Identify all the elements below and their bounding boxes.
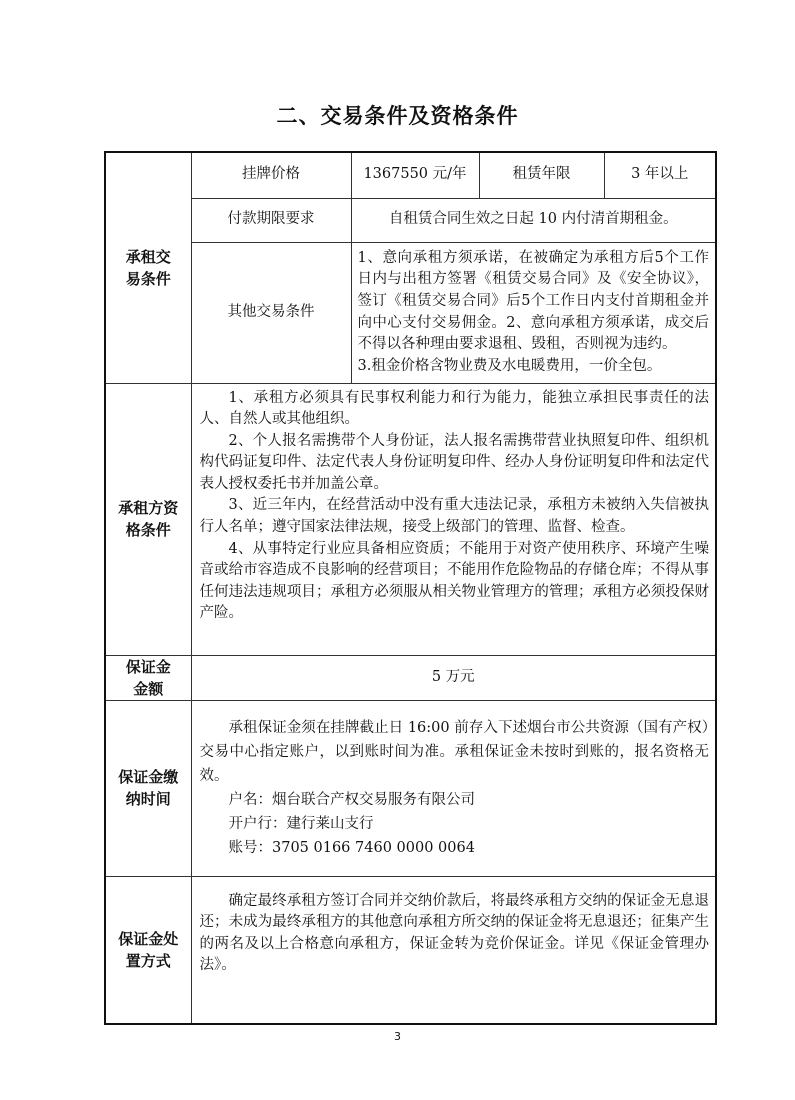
qualification-paragraph: 4、从事特定行业应具备相应资质；不能用于对资产使用秩序、环境产生噪音或给市容造成… <box>200 539 710 625</box>
deposit-amount-label: 保证金金额 <box>105 655 191 700</box>
trade-conditions-label: 承租交易条件 <box>105 152 191 383</box>
qualification-label: 承租方资格条件 <box>105 383 191 655</box>
bank-name: 开户行：建行莱山支行 <box>200 812 710 836</box>
account-number: 账号：3705 0166 7460 0000 0064 <box>200 836 710 860</box>
listing-price-value: 1367550 元/年 <box>351 152 479 198</box>
account-name: 户名：烟台联合产权交易服务有限公司 <box>200 788 710 812</box>
lease-term-label: 租赁年限 <box>479 152 604 198</box>
lease-term-value: 3 年以上 <box>604 152 716 198</box>
qualification-paragraph: 3、近三年内，在经营活动中没有重大违法记录，承租方未被纳入失信被执行人名单；遵守… <box>200 495 710 538</box>
deposit-amount-value: 5 万元 <box>191 655 716 700</box>
payment-deadline-value: 自租赁合同生效之日起 10 内付清首期租金。 <box>351 198 716 242</box>
conditions-table: 承租交易条件 挂牌价格 1367550 元/年 租赁年限 3 年以上 付款期限要… <box>104 151 717 1025</box>
deposit-time-label: 保证金缴纳时间 <box>105 700 191 876</box>
deposit-disposal-paragraph: 确定最终承租方签订合同并交纳价款后，将最终承租方交纳的保证金无息退还；未成为最终… <box>200 891 710 977</box>
page-number: 3 <box>0 1030 795 1043</box>
deposit-disposal-label: 保证金处置方式 <box>105 876 191 1024</box>
payment-deadline-label: 付款期限要求 <box>191 198 351 242</box>
section-title: 二、交易条件及资格条件 <box>0 100 795 130</box>
deposit-time-paragraph: 承租保证金须在挂牌截止日 16:00 前存入下述烟台市公共资源（国有产权）交易中… <box>200 716 710 788</box>
other-conditions-value: 1、意向承租方须承诺，在被确定为承租方后5个工作日内与出租方签署《租赁交易合同》… <box>351 242 716 383</box>
other-condition-line: 1、意向承租方须承诺，在被确定为承租方后5个工作日内与出租方签署《租赁交易合同》… <box>358 248 710 356</box>
deposit-disposal-content: 确定最终承租方签订合同并交纳价款后，将最终承租方交纳的保证金无息退还；未成为最终… <box>191 876 716 1024</box>
qualification-paragraph: 2、个人报名需携带个人身份证，法人报名需携带营业执照复印件、组织机构代码证复印件… <box>200 431 710 496</box>
other-conditions-label: 其他交易条件 <box>191 242 351 383</box>
listing-price-label: 挂牌价格 <box>191 152 351 198</box>
deposit-time-content: 承租保证金须在挂牌截止日 16:00 前存入下述烟台市公共资源（国有产权）交易中… <box>191 700 716 876</box>
qualification-content: 1、承租方必须具有民事权利能力和行为能力，能独立承担民事责任的法人、自然人或其他… <box>191 383 716 655</box>
other-condition-line: 3.租金价格含物业费及水电暖费用，一价全包。 <box>358 356 710 378</box>
qualification-paragraph: 1、承租方必须具有民事权利能力和行为能力，能独立承担民事责任的法人、自然人或其他… <box>200 388 710 431</box>
